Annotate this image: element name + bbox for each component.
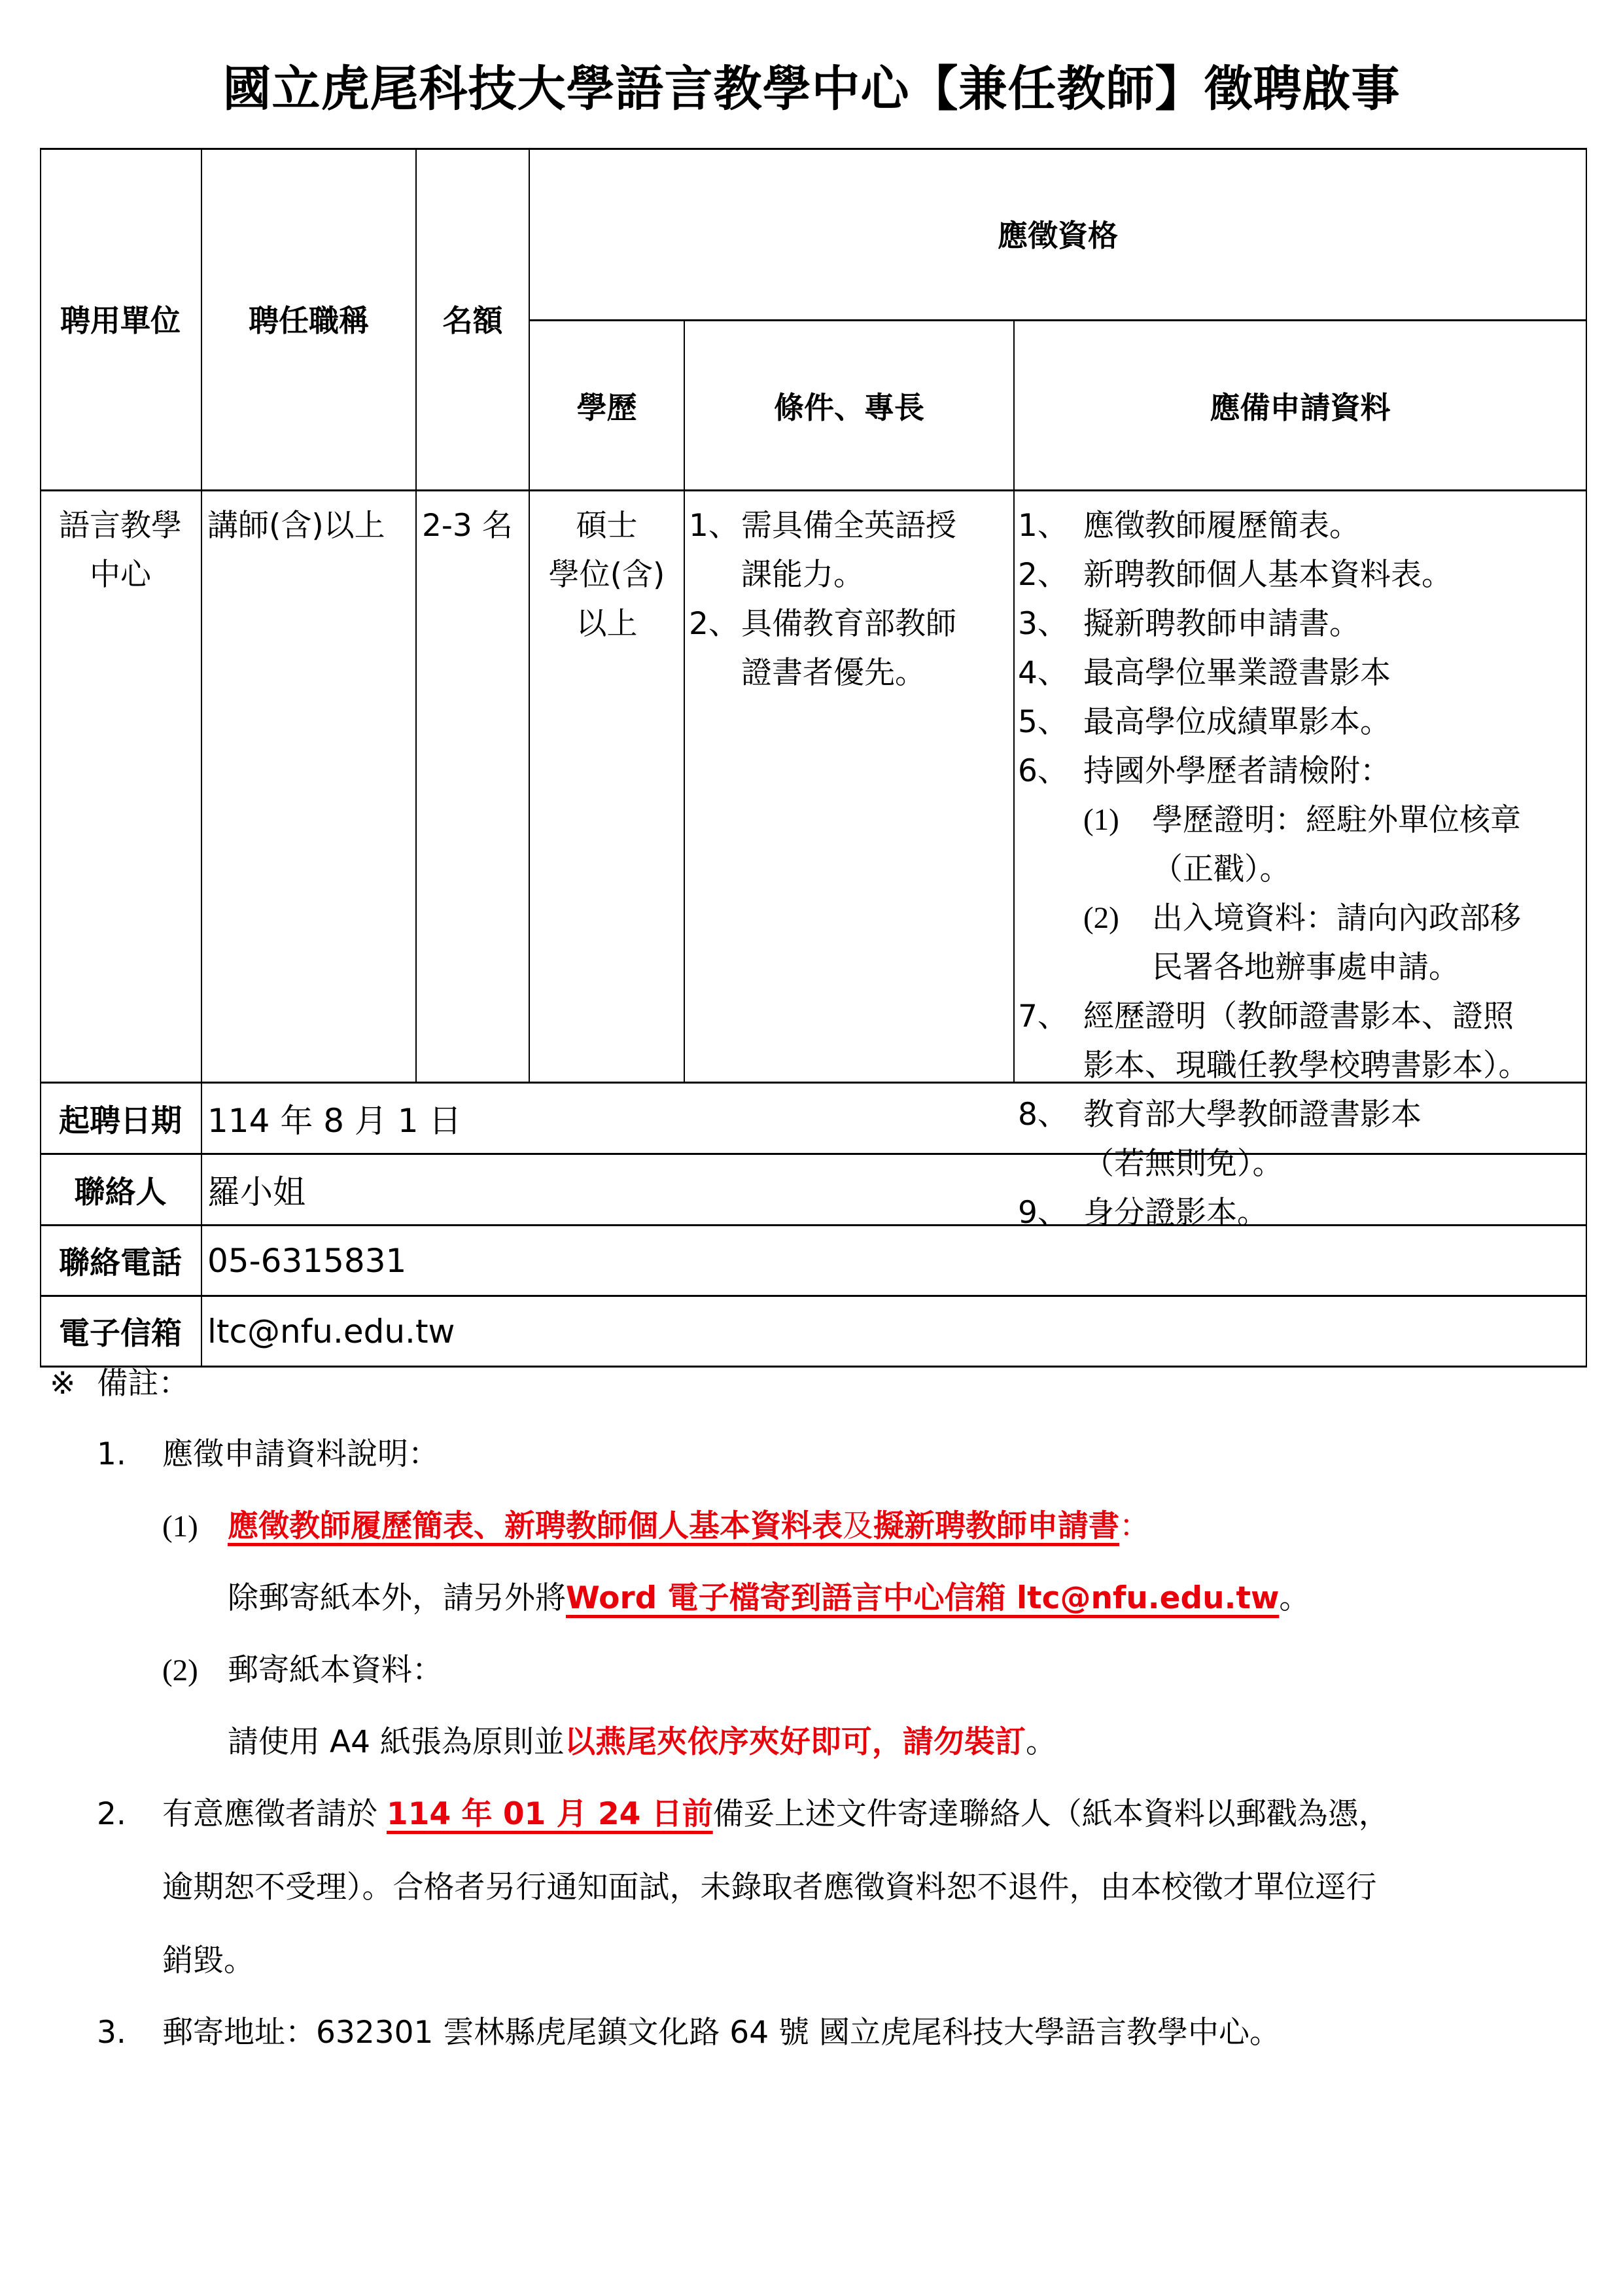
note-text: 郵寄紙本資料： — [228, 1652, 443, 1688]
note-num: 1. — [97, 1432, 162, 1477]
header-quota: 名額 — [417, 148, 529, 489]
email-label: 電子信箱 — [40, 1297, 201, 1366]
header-documents: 應備申請資料 — [1015, 321, 1586, 489]
document-text: 影本、現職任教學校聘書影本）。 — [1083, 1041, 1586, 1090]
document-text: 最高學位畢業證書影本 — [1083, 648, 1586, 698]
document-text: 民署各地辦事處申請。 — [1152, 943, 1586, 992]
document-text: 應徵教師履歷簡表。 — [1083, 501, 1586, 550]
header-position: 聘任職稱 — [202, 148, 415, 489]
cell-conditions: 1、 需具備全英語授 課能力。 2、 具備教育部教師 證書者優先。 — [689, 501, 1013, 698]
document-num: 6、 — [1018, 747, 1083, 796]
document-subnum: (2) — [1083, 894, 1152, 992]
document-item: 2、新聘教師個人基本資料表。 — [1018, 550, 1586, 599]
cell-unit: 語言教學 中心 — [40, 501, 201, 599]
document-subnum: (1) — [1083, 796, 1152, 894]
note-subitem-1: (1)應徵教師履歷簡表、新聘教師個人基本資料表及擬新聘教師申請書： — [162, 1504, 1150, 1549]
education-line: 以上 — [530, 599, 684, 648]
note-item-2-line2: 逾期恕不受理）。合格者另行通知面試，未錄取者應徵資料恕不退件，由本校徵才單位逕行 — [162, 1865, 1377, 1911]
document-text: 學歷證明：經駐外單位核章 — [1152, 796, 1586, 845]
colon: ： — [1119, 1508, 1150, 1544]
contact-person-value: 羅小姐 — [202, 1155, 1586, 1224]
document-num: 5、 — [1018, 698, 1083, 747]
document-text: 最高學位成績單影本。 — [1083, 698, 1586, 747]
note-item-1: 1.應徵申請資料說明： — [97, 1432, 439, 1477]
note-subnum: (1) — [162, 1504, 228, 1549]
document-text: （正戳）。 — [1152, 845, 1586, 894]
note-text: 請使用 A4 紙張為原則並 — [228, 1724, 565, 1760]
note-text: 有意應徵者請於 — [162, 1796, 377, 1832]
application-form-emphasis: 擬新聘教師申請書 — [873, 1508, 1119, 1544]
document-text: 新聘教師個人基本資料表。 — [1083, 550, 1586, 599]
document-num: 1、 — [1018, 501, 1083, 550]
cell-quota: 2-3 名 — [422, 501, 529, 550]
mailing-address: 郵寄地址：632301 雲林縣虎尾鎮文化路 64 號 國立虎尾科技大學語言教學中… — [162, 2015, 1280, 2051]
document-text: 經歷證明（教師證書影本、證照 — [1083, 992, 1586, 1041]
note-subnum: (2) — [162, 1648, 228, 1693]
note-item-2-line3: 銷毀。 — [162, 1938, 254, 1984]
note-item-2: 2.有意應徵者請於114 年 01 月 24 日前備妥上述文件寄達聯絡人（紙本資… — [97, 1792, 1389, 1837]
cell-position: 講師(含)以上 — [207, 501, 415, 550]
cell-education: 碩士 學位(含) 以上 — [530, 501, 684, 648]
note-text: 備妥上述文件寄達聯絡人（紙本資料以郵戳為憑， — [713, 1796, 1389, 1832]
document-text: 出入境資料：請向內政部移 — [1152, 894, 1586, 943]
document-item: 3、擬新聘教師申請書。 — [1018, 599, 1586, 648]
reference-mark-icon: ※ — [50, 1366, 75, 1402]
table-border-right — [1586, 148, 1587, 1368]
contact-phone-value: 05-6315831 — [202, 1226, 1586, 1295]
note-text: 。 — [1026, 1724, 1056, 1760]
education-line: 碩士 — [530, 501, 684, 550]
document-item: 1、應徵教師履歷簡表。 — [1018, 501, 1586, 550]
education-line: 學位(含) — [530, 550, 684, 599]
note-subitem-2: (2)郵寄紙本資料： — [162, 1648, 443, 1693]
page-title: 國立虎尾科技大學語言教學中心【兼任教師】徵聘啟事 — [0, 56, 1623, 122]
notes-heading-text: 備註： — [97, 1366, 189, 1402]
table-border-bottom — [40, 1366, 1587, 1368]
deadline-emphasis: 114 年 01 月 24 日前 — [387, 1796, 713, 1832]
unit-line: 語言教學 — [40, 501, 201, 550]
condition-text: 需具備全英語授 — [741, 501, 1013, 550]
document-item: 5、最高學位成績單影本。 — [1018, 698, 1586, 747]
note-subitem-1-line2: 除郵寄紙本外，請另外將Word 電子檔寄到語言中心信箱 ltc@nfu.edu.… — [228, 1576, 1310, 1621]
start-date-value: 114 年 8 月 1 日 — [202, 1084, 1586, 1153]
note-text: 除郵寄紙本外，請另外將 — [228, 1580, 566, 1616]
recruitment-table: 聘用單位 聘任職稱 名額 應徵資格 學歷 條件、專長 應備申請資料 語言教學 中… — [40, 148, 1587, 1366]
binding-instruction-emphasis: 以燕尾夾依序夾好即可，請勿裝訂 — [565, 1724, 1026, 1760]
document-text: 擬新聘教師申請書。 — [1083, 599, 1586, 648]
required-forms-emphasis: 應徵教師履歷簡表、新聘教師個人基本資料表 — [228, 1508, 843, 1544]
document-text: 持國外學歷者請檢附： — [1083, 747, 1586, 796]
unit-line: 中心 — [40, 550, 201, 599]
email-instruction-emphasis: Word 電子檔寄到語言中心信箱 ltc@nfu.edu.tw — [566, 1580, 1279, 1616]
document-item: 4、最高學位畢業證書影本 — [1018, 648, 1586, 698]
condition-text: 課能力。 — [741, 550, 1013, 599]
condition-num: 2、 — [689, 599, 741, 698]
contact-person-label: 聯絡人 — [40, 1155, 201, 1224]
condition-text: 具備教育部教師 — [741, 599, 1013, 648]
note-num: 3. — [97, 2010, 162, 2056]
document-subitem: (2) 出入境資料：請向內政部移 民署各地辦事處申請。 — [1018, 894, 1586, 992]
document-num: 7、 — [1018, 992, 1083, 1090]
note-num: 2. — [97, 1792, 162, 1837]
note-text: 。 — [1279, 1580, 1310, 1616]
header-bottom-line — [40, 489, 1587, 491]
condition-item: 2、 具備教育部教師 證書者優先。 — [689, 599, 1013, 698]
document-num: 4、 — [1018, 648, 1083, 698]
conjunction-text: 及 — [843, 1508, 873, 1544]
contact-phone-label: 聯絡電話 — [40, 1226, 201, 1295]
document-num: 3、 — [1018, 599, 1083, 648]
note-text: 應徵申請資料說明： — [162, 1436, 439, 1472]
document-item: 6、持國外學歷者請檢附： — [1018, 747, 1586, 796]
notes-heading: ※ 備註： — [50, 1361, 189, 1407]
note-item-3: 3.郵寄地址：632301 雲林縣虎尾鎮文化路 64 號 國立虎尾科技大學語言教… — [97, 2010, 1280, 2056]
document-item: 7、 經歷證明（教師證書影本、證照 影本、現職任教學校聘書影本）。 — [1018, 992, 1586, 1090]
document-subitem: (1) 學歷證明：經駐外單位核章 （正戳）。 — [1018, 796, 1586, 894]
header-qualifications: 應徵資格 — [530, 148, 1586, 319]
note-subitem-2-line2: 請使用 A4 紙張為原則並以燕尾夾依序夾好即可，請勿裝訂。 — [228, 1720, 1056, 1765]
header-conditions: 條件、專長 — [685, 321, 1013, 489]
condition-item: 1、 需具備全英語授 課能力。 — [689, 501, 1013, 599]
condition-text: 證書者優先。 — [741, 648, 1013, 698]
email-value[interactable]: ltc@nfu.edu.tw — [202, 1297, 1586, 1366]
condition-num: 1、 — [689, 501, 741, 599]
start-date-label: 起聘日期 — [40, 1084, 201, 1153]
header-education: 學歷 — [530, 321, 684, 489]
header-unit: 聘用單位 — [40, 148, 201, 489]
document-num: 2、 — [1018, 550, 1083, 599]
